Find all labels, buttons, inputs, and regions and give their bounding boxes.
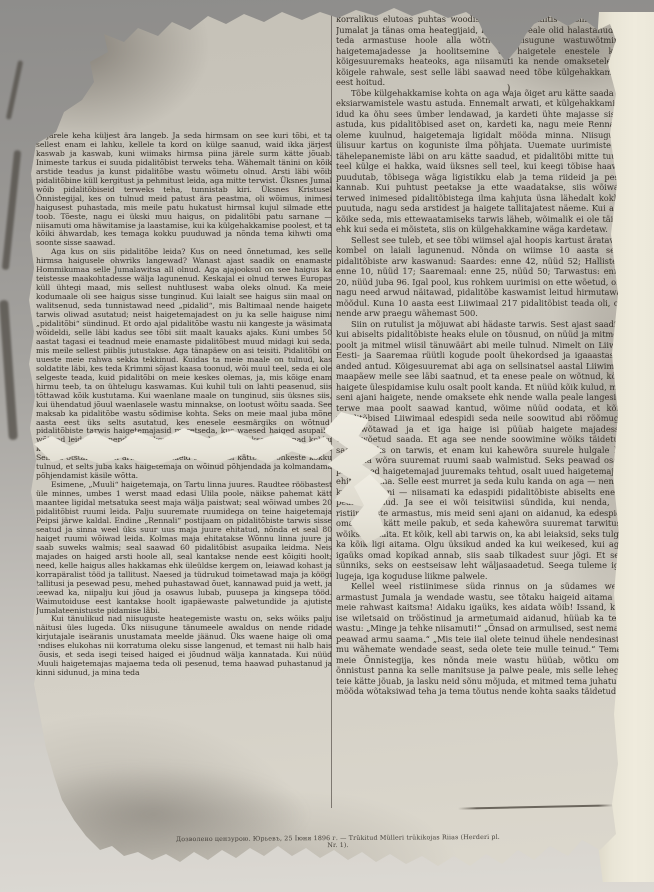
article-paragraph: Kui tänulikud nad niisuguste heategemist… <box>36 615 332 678</box>
article-paragraph: je järele keha küljest ära langeb. Ja se… <box>36 132 332 248</box>
article-column-right: korralikus elutoas puhtas woodis leidsin… <box>336 14 624 806</box>
torn-paper-sliver <box>6 60 23 120</box>
photo-backdrop: je järele keha küljest ära langeb. Ja se… <box>0 0 654 892</box>
article-paragraph: Esimene, „Muuli“ haigetemaja, on Tartu l… <box>36 481 332 615</box>
article-paragraph: Kellel weel ristiinimese süda rinnus on … <box>336 581 624 697</box>
newspaper-page: je järele keha küljest ära langeb. Ja se… <box>20 4 620 876</box>
imprint-line: Дозволено цензурою. Юрьевъ, 25 Іюня 1896… <box>170 834 506 850</box>
article-paragraph: Sellest see tuleb, et see tõbi wiimsel a… <box>336 235 624 319</box>
article-column-left: je järele keha küljest ära langeb. Ja se… <box>36 132 332 800</box>
article-paragraph: korralikus elutoas puhtas woodis leidsin… <box>336 14 624 88</box>
article-paragraph: Tõbe külgehakkamise kohta on aga waja õi… <box>336 88 624 235</box>
torn-paper-sliver <box>0 300 18 440</box>
torn-paper-sliver <box>2 150 22 270</box>
